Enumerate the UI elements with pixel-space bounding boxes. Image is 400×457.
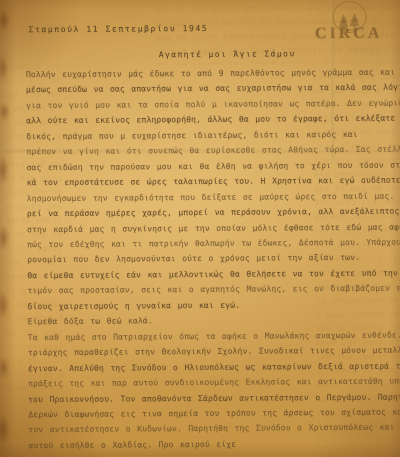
trees-in-circle-icon bbox=[332, 1, 366, 33]
letter-line: τριάρχης παραθερίζει στην Θεολογικήν Σχο… bbox=[28, 343, 394, 361]
salutation: Αγαπητέ μοι Άγιε Σάμου bbox=[159, 49, 296, 59]
letter-line: ρονομίαι που δεν λησμονούνται ούτε ο χρό… bbox=[27, 250, 393, 268]
letter-page: σας ευχαριστω για τα καλα σας λογια και … bbox=[0, 0, 400, 457]
letter-line: αυτού εισήλθε ο Χαλδίας. Προ καιρού είχε bbox=[28, 436, 394, 454]
circa-watermark-label: CIRCA bbox=[307, 25, 391, 44]
letter-line: για τον γυιό μου και τα οποία πολύ μ ικα… bbox=[26, 96, 392, 114]
letter-line: τιμόν σας προστασίαν, σεις και ο αγαπητό… bbox=[27, 281, 393, 299]
letter-line: σας επιδώση την παρούσαν μου και θα έλθη… bbox=[27, 157, 393, 175]
letter-line: λησμονήσωμεν την εγκαρδιότητα που δείξατ… bbox=[27, 188, 393, 206]
letter-content: Σταμπούλ 11 Σεπτεμβρίου 1945 CIRCA bbox=[0, 0, 400, 457]
letter-body: Πολλήν ευχαρίστησιν μάς έδωκε το από 9 π… bbox=[26, 65, 395, 454]
letter-line: πράξεις της και παρ αυτού συνδιοικουμένη… bbox=[28, 374, 394, 392]
date-line: Σταμπούλ 11 Σεπτεμβρίου 1945 bbox=[29, 24, 209, 34]
letter-line: Πολλήν ευχαρίστησιν μάς έδωκε το από 9 π… bbox=[26, 65, 392, 83]
circa-watermark: CIRCA bbox=[306, 1, 390, 46]
